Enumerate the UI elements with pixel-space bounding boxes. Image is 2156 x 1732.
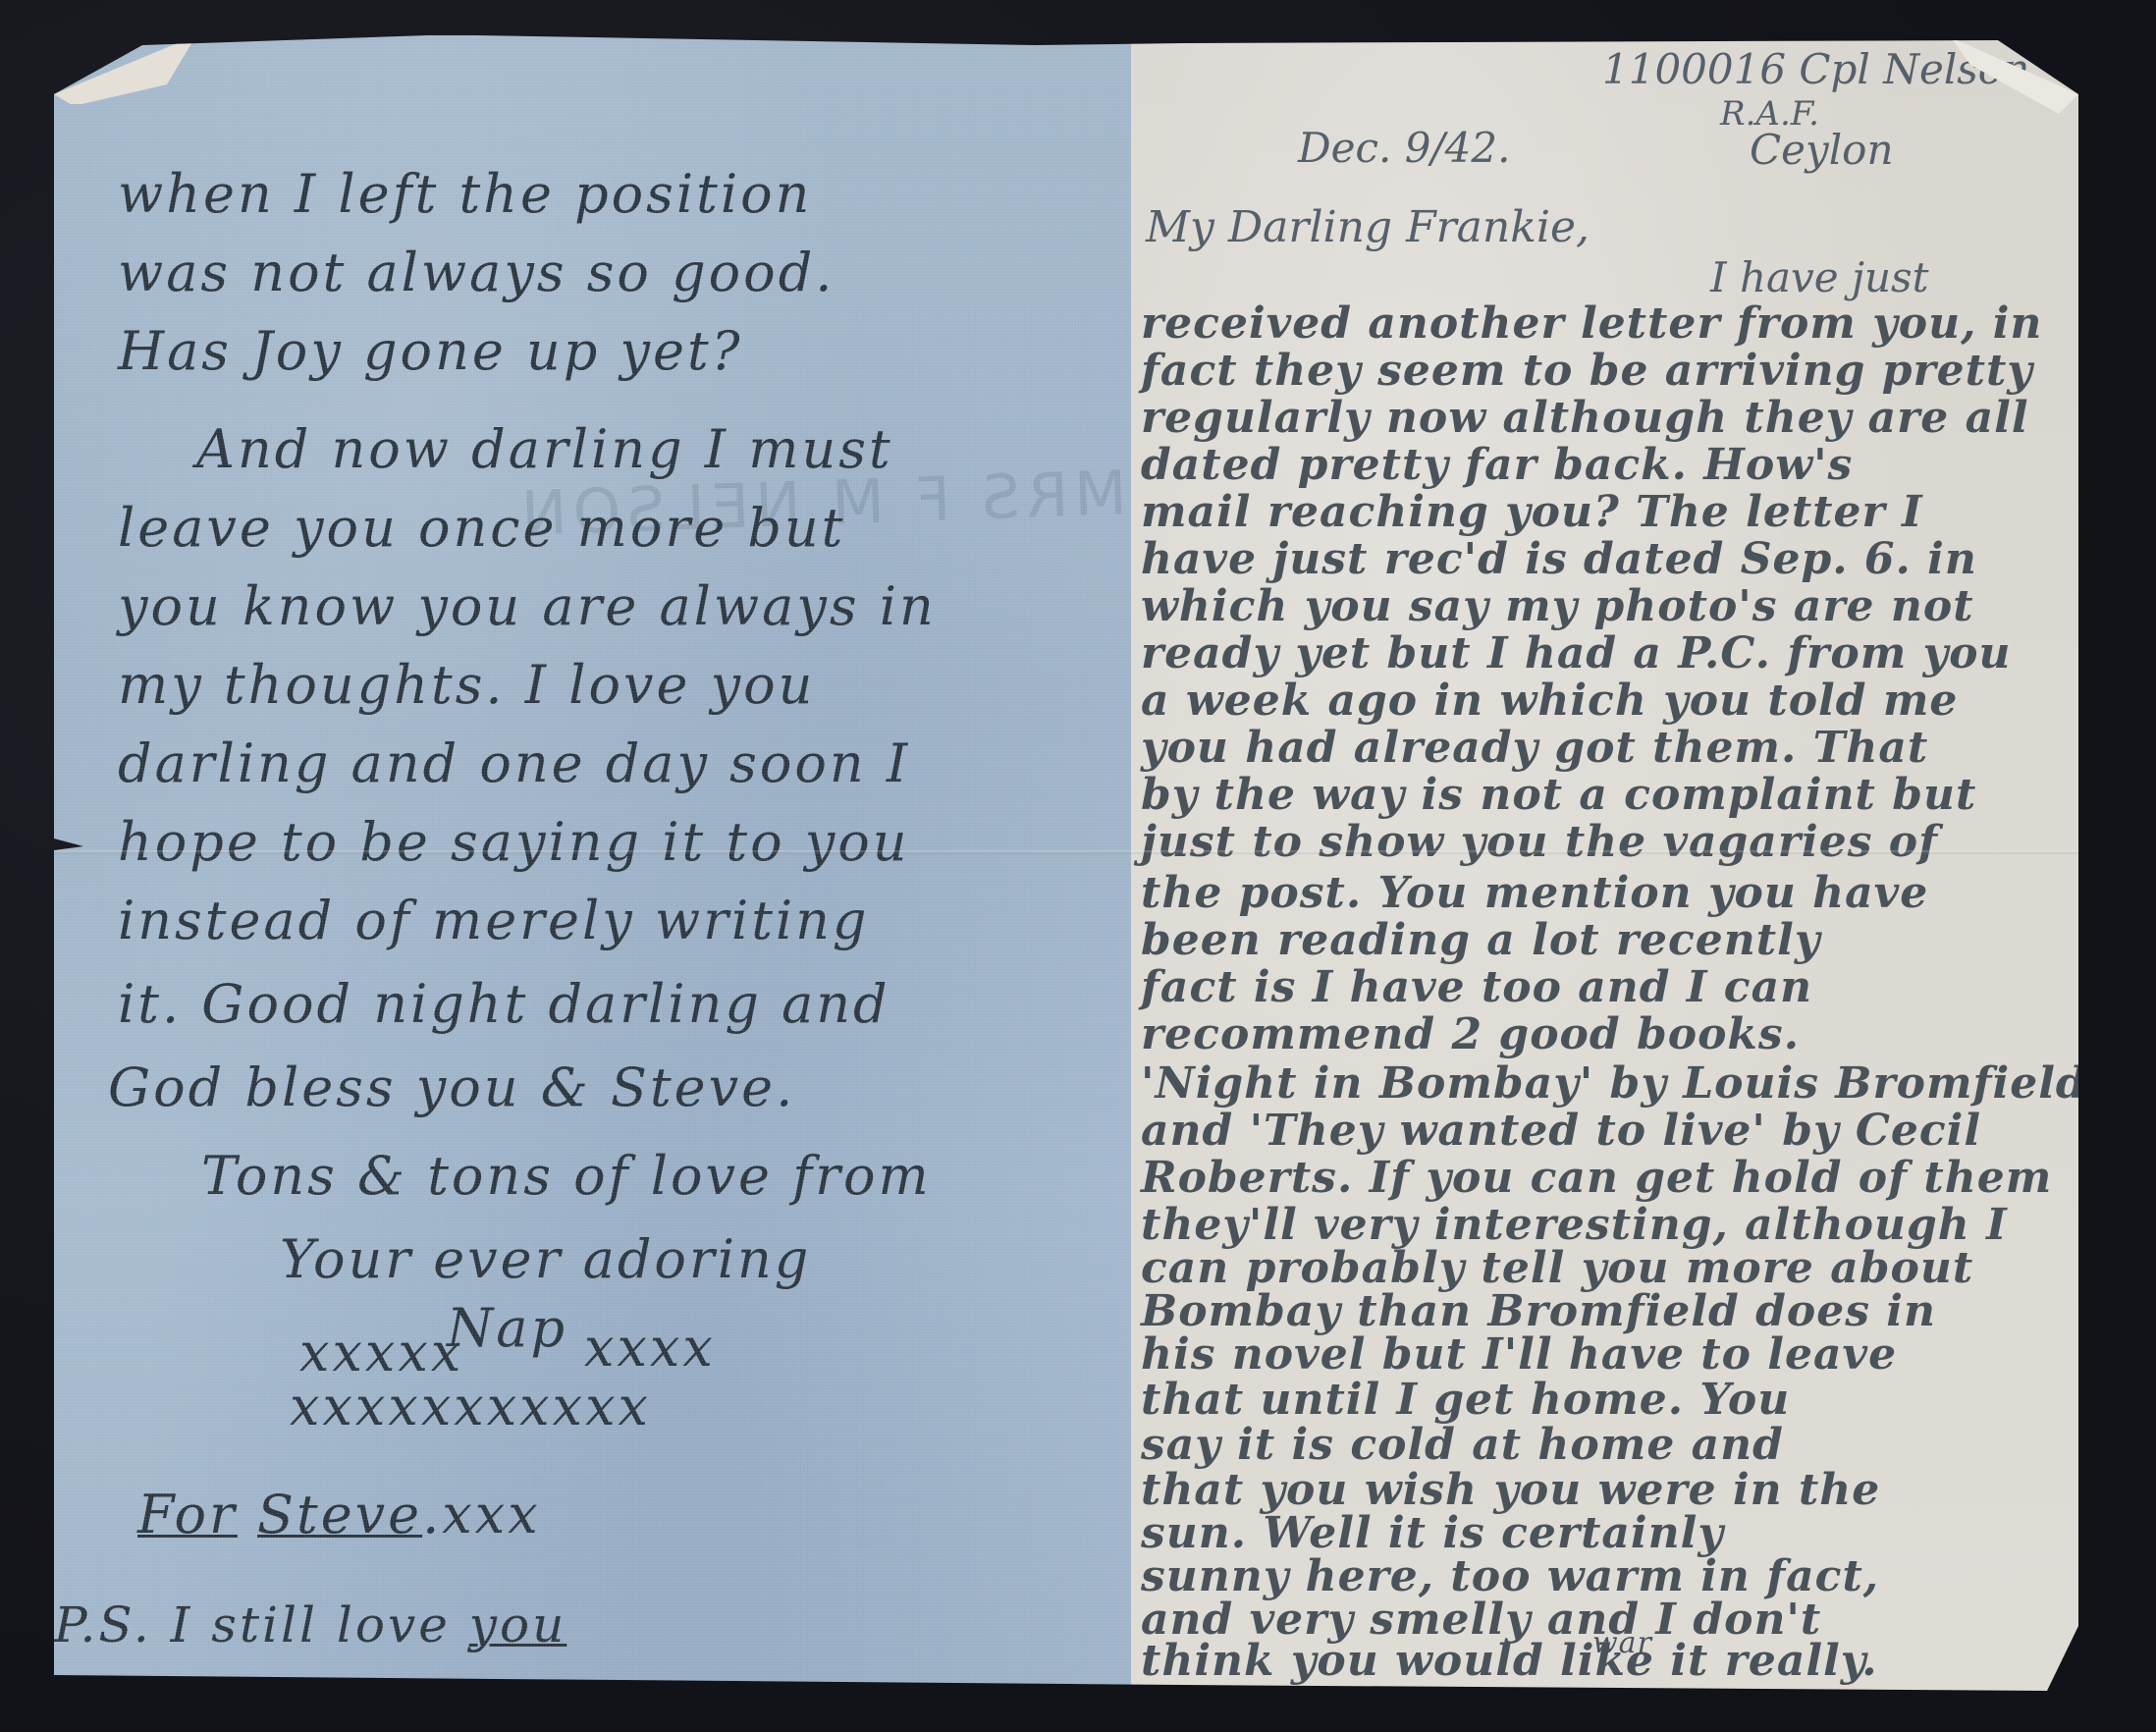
postscript-line: P.S. I still love you: [54, 1597, 566, 1653]
right-line-5: dated pretty far back. How's: [1141, 440, 1853, 490]
right-page-cream: 1100016 Cpl Nelson R.A.F. Dec. 9/42. Cey…: [1131, 35, 2078, 1691]
left-line-10: instead of merely writing: [118, 890, 870, 951]
right-line-24: his novel but I'll have to leave: [1141, 1329, 1897, 1380]
kisses-row2: xxxxxxxxxxx: [290, 1376, 651, 1437]
right-line-25: that until I get home. You: [1141, 1375, 1790, 1425]
letter-location: Ceylon: [1750, 126, 1894, 174]
postscript-text: P.S. I still love: [54, 1597, 469, 1653]
left-page-blue: MRS F M NELSON when I left the position …: [54, 35, 1131, 1691]
letter-sheet: MRS F M NELSON when I left the position …: [54, 35, 2078, 1691]
for-steve-line: For Steve.xxx: [137, 1484, 541, 1545]
left-line-6: you know you are always in: [118, 575, 937, 637]
right-line-10: a week ago in which you told me: [1141, 676, 1958, 726]
right-line-16: fact is I have too and I can: [1141, 962, 1812, 1012]
right-line-13: just to show you the vagaries of: [1141, 817, 1938, 867]
right-line-14: the post. You mention you have: [1141, 868, 1928, 918]
left-line-8: darling and one day soon I: [118, 732, 910, 794]
left-line-3: Has Joy gone up yet?: [118, 320, 743, 382]
right-line-8: which you say my photo's are not: [1141, 581, 1974, 631]
steve-word: Steve: [257, 1484, 422, 1545]
right-line-1: I have just: [1710, 253, 1928, 301]
letter-date: Dec. 9/42.: [1298, 124, 1510, 172]
kisses-row1-right: xxxx: [584, 1317, 716, 1379]
struck-word: war: [1586, 1651, 1677, 1691]
left-line-9: hope to be saying it to you: [118, 811, 910, 873]
signature-name: Nap: [447, 1297, 567, 1359]
right-line-4: regularly now although they are all: [1141, 393, 2029, 443]
left-line-7: my thoughts. I love you: [118, 654, 815, 716]
right-line-11: you had already got them. That: [1141, 723, 1928, 773]
salutation: My Darling Frankie,: [1146, 202, 1590, 252]
right-line-9: ready yet but I had a P.C. from you: [1141, 628, 2012, 678]
for-word: For: [137, 1484, 238, 1545]
right-line-2: received another letter from you, in: [1141, 298, 2042, 349]
right-line-12: by the way is not a complaint but: [1141, 770, 1976, 820]
left-line-1: when I left the position: [118, 163, 812, 225]
adoring-line: Your ever adoring: [280, 1228, 811, 1290]
right-line-17: recommend 2 good books.: [1141, 1009, 1800, 1059]
left-line-11: it. Good night darling and: [118, 973, 890, 1035]
left-line-5: leave you once more but: [118, 497, 845, 559]
last-line-before: Anyhow after the: [1141, 1651, 1586, 1691]
kisses-row1-left: xxxxx: [299, 1322, 463, 1383]
right-line-3: fact they seem to be arriving pretty: [1141, 346, 2033, 396]
right-line-18: 'Night in Bombay' by Louis Bromfield: [1141, 1058, 2078, 1109]
horizontal-fold-crease: [54, 850, 2078, 854]
for-steve-kisses: .xxx: [422, 1484, 541, 1545]
right-line-15: been reading a lot recently: [1141, 915, 1820, 965]
left-line-12: God bless you & Steve.: [108, 1056, 795, 1118]
left-line-4: And now darling I must: [196, 418, 893, 480]
right-line-6: mail reaching you? The letter I: [1141, 487, 1923, 537]
closing-line: Tons & tons of love from: [201, 1145, 932, 1207]
right-line-19: and 'They wanted to live' by Cecil: [1141, 1106, 1981, 1156]
left-line-2: was not always so good.: [118, 242, 835, 303]
last-line-after: there is.: [1677, 1651, 1902, 1691]
right-line-26: say it is cold at home and: [1141, 1420, 1784, 1470]
postscript-you: you: [469, 1597, 567, 1653]
right-line-7: have just rec'd is dated Sep. 6. in: [1141, 534, 1977, 584]
right-line-20: Roberts. If you can get hold of them: [1141, 1153, 2052, 1203]
